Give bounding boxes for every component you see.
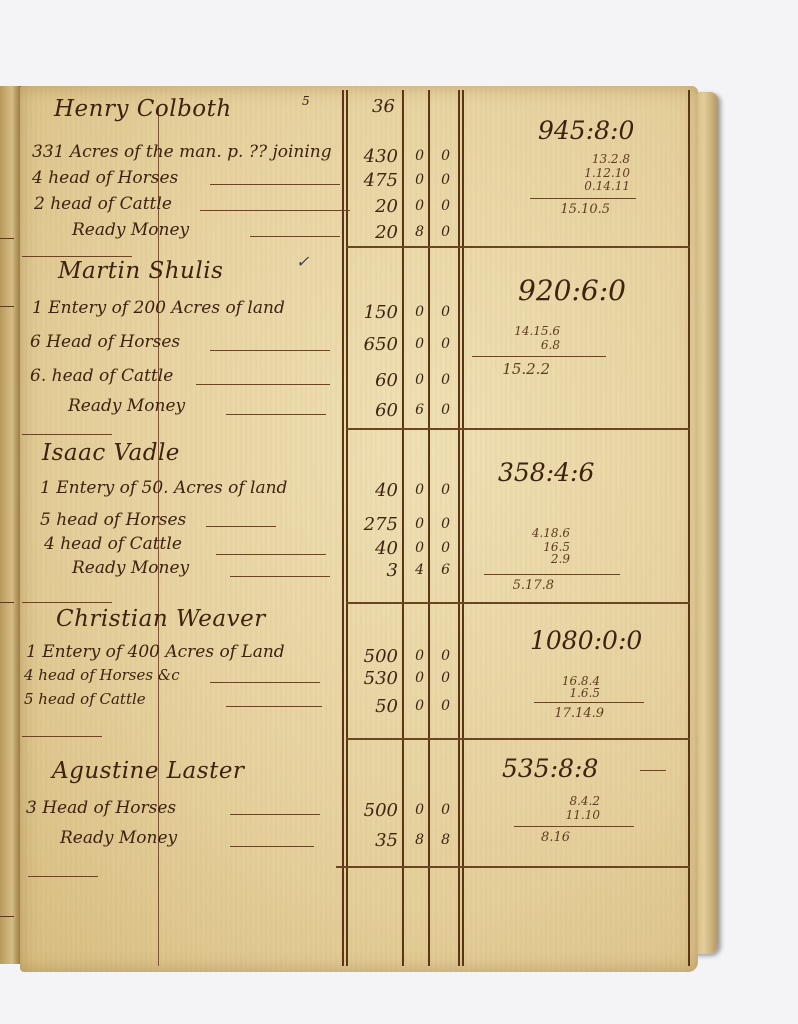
item-pence: 0: [432, 336, 450, 352]
section-divider: [336, 866, 690, 868]
item-pence: 0: [432, 224, 450, 240]
item-shillings: 8: [406, 224, 424, 240]
item-label: 4 head of Horses &c: [24, 666, 180, 684]
item-pounds: 35: [350, 830, 398, 851]
item-pence: 6: [432, 562, 450, 578]
name-underline: [22, 256, 132, 257]
entry-total: 1080:0:0: [530, 626, 642, 655]
item-shillings: 6: [406, 402, 424, 418]
leader-line: [210, 350, 330, 351]
item-pounds: 430: [350, 146, 398, 167]
entry-total: 535:8:8: [502, 754, 598, 783]
item-pounds: 60: [350, 370, 398, 391]
prev-page-rule: [0, 238, 14, 239]
page-number: 36: [372, 96, 395, 117]
item-pence: 0: [432, 172, 450, 188]
leader-line: [210, 682, 320, 683]
item-pounds: 20: [350, 196, 398, 217]
item-label: 6 Head of Horses: [30, 332, 180, 352]
item-pence: 8: [432, 832, 450, 848]
item-label: Ready Money: [68, 396, 185, 416]
item-pence: 0: [432, 540, 450, 556]
totals-column-rule-a: [458, 90, 460, 966]
calc-line: 13.2.8: [560, 152, 630, 166]
owner-name: Martin Shulis: [58, 258, 223, 284]
item-shillings: 0: [406, 516, 424, 532]
section-divider: [346, 602, 690, 604]
leader-line: [250, 236, 340, 237]
page-right-edge-rule: [688, 90, 690, 966]
previous-page-edge: [0, 86, 22, 964]
calc-line: 11.10: [540, 808, 600, 822]
item-pence: 0: [432, 516, 450, 532]
entry-total: 945:8:0: [538, 116, 634, 145]
item-shillings: 0: [406, 670, 424, 686]
item-shillings: 0: [406, 198, 424, 214]
shillings-column-rule: [402, 90, 404, 966]
item-shillings: 0: [406, 482, 424, 498]
item-shillings: 0: [406, 698, 424, 714]
section-divider: [346, 738, 690, 740]
item-pounds: 500: [350, 646, 398, 667]
owner-name: Agustine Laster: [52, 758, 244, 784]
item-shillings: 0: [406, 336, 424, 352]
item-label: Ready Money: [72, 558, 189, 578]
item-pounds: 40: [350, 538, 398, 559]
calc-result: 17.14.9: [534, 706, 604, 721]
item-pence: 0: [432, 198, 450, 214]
item-shillings: 0: [406, 372, 424, 388]
leader-line: [230, 814, 320, 815]
prev-page-rule: [0, 602, 14, 603]
item-shillings: 0: [406, 648, 424, 664]
item-pounds: 20: [350, 222, 398, 243]
item-pence: 0: [432, 402, 450, 418]
pence-column-rule: [428, 90, 430, 966]
item-pence: 0: [432, 698, 450, 714]
calc-line: 2.9: [510, 552, 570, 566]
margin-mark: 5: [302, 94, 310, 108]
item-pounds: 650: [350, 334, 398, 355]
calc-sum-rule: [530, 198, 636, 199]
calc-result: 8.16: [510, 830, 570, 845]
item-shillings: 0: [406, 304, 424, 320]
leader-line: [200, 210, 350, 211]
calc-line: 6.8: [500, 338, 560, 352]
calc-sum-rule: [534, 702, 644, 703]
item-pounds: 50: [350, 696, 398, 717]
item-shillings: 4: [406, 562, 424, 578]
item-pence: 0: [432, 304, 450, 320]
prev-page-rule: [0, 306, 14, 307]
item-shillings: 0: [406, 540, 424, 556]
leader-line: [640, 770, 666, 771]
leader-line: [230, 846, 314, 847]
name-underline: [22, 602, 112, 603]
calc-sum-rule: [472, 356, 606, 357]
calc-result: 5.17.8: [494, 578, 554, 593]
item-pence: 0: [432, 670, 450, 686]
item-label: 4 head of Horses: [32, 168, 178, 188]
leader-line: [230, 576, 330, 577]
pounds-column-rule-left-a: [342, 90, 344, 966]
owner-name: Christian Weaver: [56, 606, 266, 632]
calc-line: 14.15.6: [500, 324, 560, 338]
item-pounds: 530: [350, 668, 398, 689]
item-label: 1 Entery of 50. Acres of land: [40, 478, 287, 498]
item-pence: 0: [432, 802, 450, 818]
leader-line: [216, 554, 326, 555]
item-pence: 0: [432, 648, 450, 664]
ledger-page: 36 5 Henry Colboth 331 Acres of the man.…: [20, 86, 698, 972]
item-label: Ready Money: [72, 220, 189, 240]
item-pounds: 60: [350, 400, 398, 421]
item-label: 331 Acres of the man. p. ?? joining: [32, 142, 332, 162]
item-label: 5 head of Horses: [40, 510, 186, 530]
item-pounds: 40: [350, 480, 398, 501]
section-divider: [346, 428, 690, 430]
item-pounds: 475: [350, 170, 398, 191]
calc-sum-rule: [484, 574, 620, 575]
totals-column-rule-b: [462, 90, 464, 966]
leader-line: [206, 526, 276, 527]
item-label: 4 head of Cattle: [44, 534, 182, 554]
calc-line: 1.6.5: [540, 686, 600, 700]
item-label: 6. head of Cattle: [30, 366, 173, 386]
name-underline: [22, 736, 102, 737]
item-pounds: 500: [350, 800, 398, 821]
leader-line: [226, 414, 326, 415]
item-pence: 0: [432, 148, 450, 164]
owner-name: Isaac Vadle: [42, 440, 180, 466]
item-label: 5 head of Cattle: [24, 690, 146, 708]
leader-line: [210, 184, 340, 185]
calc-line: 1.12.10: [560, 166, 630, 180]
item-label: 1 Entery of 400 Acres of Land: [26, 642, 285, 662]
entry-total: 920:6:0: [518, 274, 626, 307]
owner-name: Henry Colboth: [54, 96, 232, 122]
item-shillings: 0: [406, 172, 424, 188]
item-pounds: 150: [350, 302, 398, 323]
item-label: Ready Money: [60, 828, 177, 848]
item-label: 2 head of Cattle: [34, 194, 172, 214]
pounds-column-rule-left-b: [346, 90, 348, 966]
item-pence: 0: [432, 482, 450, 498]
item-pence: 0: [432, 372, 450, 388]
item-shillings: 8: [406, 832, 424, 848]
item-label: 1 Entery of 200 Acres of land: [32, 298, 285, 318]
leader-line: [196, 384, 330, 385]
item-pounds: 3: [350, 560, 398, 581]
name-underline: [22, 434, 112, 435]
prev-page-rule: [0, 916, 14, 917]
calc-line: 4.18.6: [510, 526, 570, 540]
calc-sum-rule: [514, 826, 634, 827]
calc-line: 8.4.2: [540, 794, 600, 808]
entry-total: 358:4:6: [498, 458, 594, 487]
leader-line: [226, 706, 322, 707]
section-divider: [346, 246, 690, 248]
calc-line: 0.14.11: [560, 179, 630, 193]
calc-result: 15.2.2: [490, 360, 550, 378]
item-label: 3 Head of Horses: [26, 798, 176, 818]
check-mark: ✓: [296, 252, 309, 271]
calc-result: 15.10.5: [540, 202, 610, 217]
item-shillings: 0: [406, 148, 424, 164]
name-underline: [28, 876, 98, 877]
item-pounds: 275: [350, 514, 398, 535]
item-shillings: 0: [406, 802, 424, 818]
